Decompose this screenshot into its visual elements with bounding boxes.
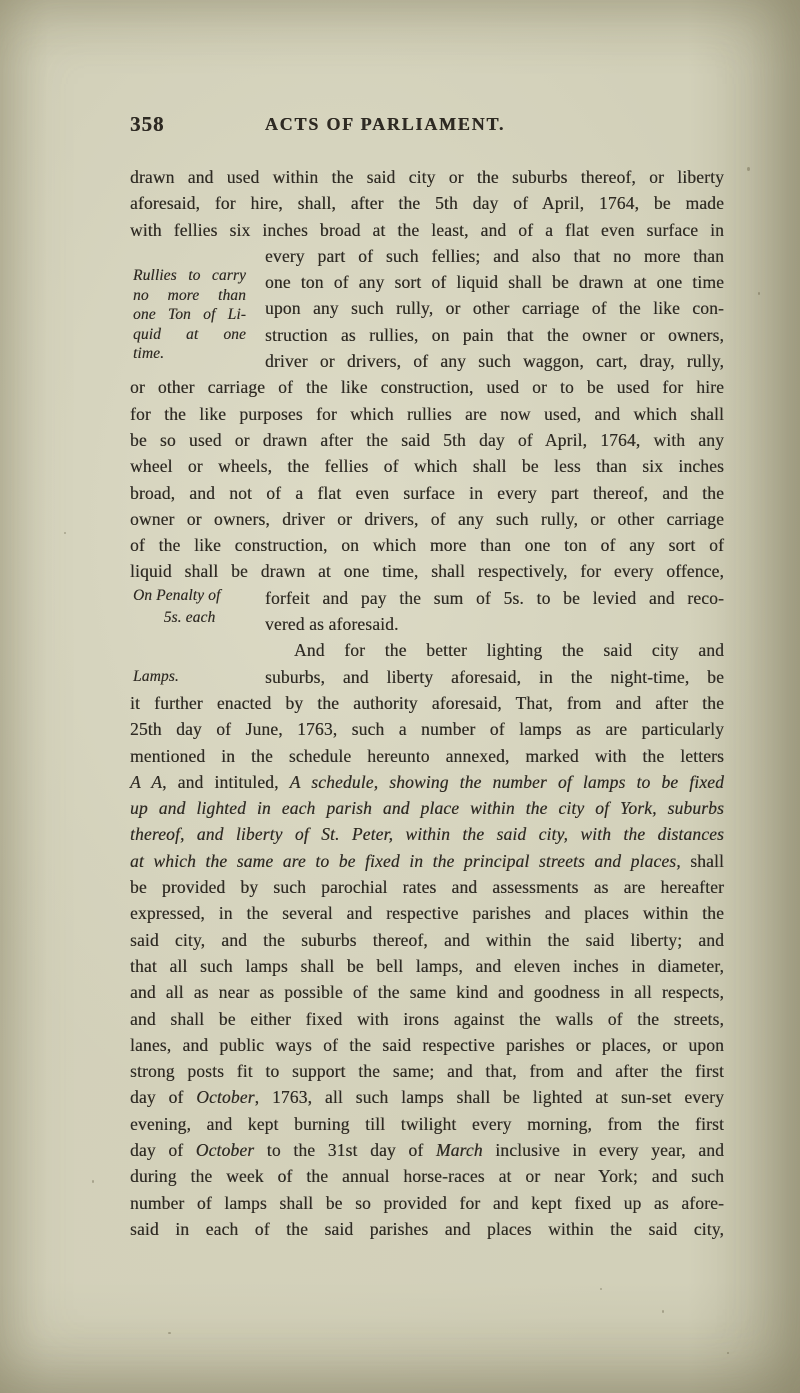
note-line: one Ton of Li-	[133, 305, 246, 325]
text-line: at which the same are to be fixed in the…	[130, 848, 724, 874]
text-line: A A, and intituled, A schedule, showing …	[130, 769, 724, 795]
text-line: for the like purposes for which rullies …	[130, 401, 724, 427]
text-line: said city, and the suburbs thereof, and …	[130, 927, 724, 953]
text-line: one ton of any sort of liquid shall be d…	[265, 269, 724, 295]
text-line: be so used or drawn after the said 5th d…	[130, 427, 724, 453]
side-note-lamps: Lamps.	[133, 664, 246, 690]
text-line: of the like construction, on which more …	[130, 532, 724, 558]
paper-speck	[64, 532, 66, 534]
text-line: liquid shall be drawn at one time, shall…	[130, 558, 724, 584]
text-line: expressed, in the several and respective…	[130, 900, 724, 926]
body-text: Rullies to carry no more than one Ton of…	[130, 164, 724, 1242]
note-line: On Penalty of	[133, 585, 246, 607]
text-line: that all such lamps shall be bell lamps,…	[130, 953, 724, 979]
side-note-rullies: Rullies to carry no more than one Ton of…	[133, 266, 246, 364]
text-line: thereof, and liberty of St. Peter, withi…	[130, 821, 724, 847]
paper-speck	[168, 1332, 171, 1334]
paper-speck	[662, 1310, 664, 1313]
text-line: up and lighted in each parish and place …	[130, 795, 724, 821]
text-line: forfeit and pay the sum of 5s. to be lev…	[265, 585, 724, 611]
paper-speck	[92, 1180, 94, 1183]
note-line: quid at one	[133, 325, 246, 345]
text-line: every part of such fellies; and also tha…	[265, 243, 724, 269]
running-head: ACTS OF PARLIAMENT.	[265, 114, 505, 135]
text-line: vered as aforesaid.	[265, 611, 724, 637]
text-line: wheel or wheels, the fellies of which sh…	[130, 453, 724, 479]
text-line: suburbs, and liberty aforesaid, in the n…	[265, 664, 724, 690]
book-page: 358 ACTS OF PARLIAMENT. Rullies to carry…	[0, 0, 800, 1393]
text-line: be provided by such parochial rates and …	[130, 874, 724, 900]
text-line: with fellies six inches broad at the lea…	[130, 217, 724, 243]
text-line: during the week of the annual horse-race…	[130, 1163, 724, 1189]
text-line: aforesaid, for hire, shall, after the 5t…	[130, 190, 724, 216]
text-line: owner or owners, driver or drivers, of a…	[130, 506, 724, 532]
page-number: 358	[130, 112, 165, 137]
page-header: 358 ACTS OF PARLIAMENT.	[0, 112, 800, 140]
text-line: number of lamps shall be so provided for…	[130, 1190, 724, 1216]
text-line: day of October to the 31st day of March …	[130, 1137, 724, 1163]
paper-speck	[747, 167, 750, 171]
text-line: And for the better lighting the said cit…	[265, 637, 724, 663]
text-line: it further enacted by the authority afor…	[130, 690, 724, 716]
text-line: lanes, and public ways of the said respe…	[130, 1032, 724, 1058]
text-line: 25th day of June, 1763, such a number of…	[130, 716, 724, 742]
text-line: drawn and used within the said city or t…	[130, 164, 724, 190]
text-line: mentioned in the schedule hereunto annex…	[130, 743, 724, 769]
text-line: and all as near as possible of the same …	[130, 979, 724, 1005]
text-line: evening, and kept burning till twilight …	[130, 1111, 724, 1137]
text-line: struction as rullies, on pain that the o…	[265, 322, 724, 348]
note-line: no more than	[133, 286, 246, 306]
paper-speck	[600, 1288, 602, 1290]
side-note-penalty: On Penalty of 5s. each	[133, 585, 246, 628]
note-line: time.	[133, 344, 246, 364]
text-line: broad, and not of a flat even surface in…	[130, 480, 724, 506]
text-line: day of October, 1763, all such lamps sha…	[130, 1084, 724, 1110]
paper-speck	[727, 1352, 729, 1354]
note-line: Rullies to carry	[133, 266, 246, 286]
text-line: said in each of the said parishes and pl…	[130, 1216, 724, 1242]
paper-speck	[758, 292, 760, 295]
note-line: Lamps.	[133, 664, 246, 690]
note-line: 5s. each	[133, 607, 246, 629]
text-line: and shall be either fixed with irons aga…	[130, 1006, 724, 1032]
text-line: upon any such rully, or other carriage o…	[265, 295, 724, 321]
text-line: strong posts fit to support the same; an…	[130, 1058, 724, 1084]
text-line: driver or drivers, of any such waggon, c…	[265, 348, 724, 374]
text-line: or other carriage of the like constructi…	[130, 374, 724, 400]
